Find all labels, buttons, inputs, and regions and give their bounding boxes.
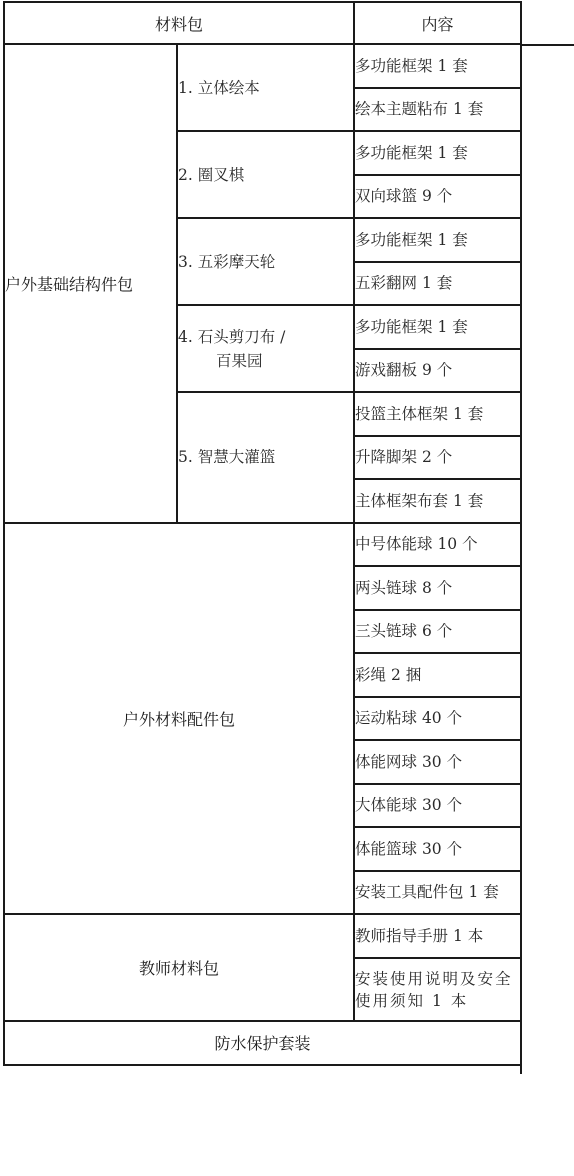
subgroup-3: 3. 五彩摩天轮: [177, 218, 354, 305]
item-cell: 两头链球 8 个: [354, 566, 521, 610]
group-waterproof-kit: 防水保护套装: [4, 1021, 521, 1065]
item-cell: 多功能框架 1 套: [354, 218, 521, 262]
header-content: 内容: [354, 2, 521, 44]
item-cell: 绘本主题粘布 1 套: [354, 88, 521, 132]
item-cell-two-line: 安装使用说明及安全 使用须知 1 本: [354, 958, 521, 1021]
item-line2: 使用须知 1 本: [355, 990, 520, 1012]
item-cell: 多功能框架 1 套: [354, 44, 521, 88]
subgroup-5: 5. 智慧大灌篮: [177, 392, 354, 523]
item-cell: 主体框架布套 1 套: [354, 479, 521, 523]
table-row: 防水保护套装: [4, 1021, 521, 1065]
item-cell: 运动粘球 40 个: [354, 697, 521, 741]
item-cell: 中号体能球 10 个: [354, 523, 521, 567]
item-cell: 三头链球 6 个: [354, 610, 521, 654]
subgroup-4: 4. 石头剪刀布 / 百果园: [177, 305, 354, 392]
divider: [522, 44, 574, 46]
item-cell: 投篮主体框架 1 套: [354, 392, 521, 436]
materials-table: 材料包 内容 户外基础结构件包 1. 立体绘本 多功能框架 1 套 绘本主题粘布…: [3, 1, 522, 1066]
group-outdoor-accessories: 户外材料配件包: [4, 523, 354, 915]
item-cell: 升降脚架 2 个: [354, 436, 521, 480]
item-cell: 多功能框架 1 套: [354, 305, 521, 349]
item-cell: 大体能球 30 个: [354, 784, 521, 828]
subgroup-4-line1: 4. 石头剪刀布 /: [178, 328, 285, 346]
item-cell: 体能篮球 30 个: [354, 827, 521, 871]
table-row: 教师材料包 教师指导手册 1 本: [4, 914, 521, 958]
truncated-adjacent-column: [520, 2, 574, 1074]
group-outdoor-structure: 户外基础结构件包: [4, 44, 177, 523]
item-cell: 双向球篮 9 个: [354, 175, 521, 219]
subgroup-4-line2: 百果园: [178, 349, 353, 373]
subgroup-2: 2. 圈叉棋: [177, 131, 354, 218]
table-row: 户外材料配件包 中号体能球 10 个: [4, 523, 521, 567]
item-cell: 游戏翻板 9 个: [354, 349, 521, 393]
group-teacher-materials: 教师材料包: [4, 914, 354, 1021]
header-row: 材料包 内容: [4, 2, 521, 44]
materials-table-wrapper: 材料包 内容 户外基础结构件包 1. 立体绘本 多功能框架 1 套 绘本主题粘布…: [3, 1, 522, 1066]
item-cell: 彩绳 2 捆: [354, 653, 521, 697]
subgroup-1: 1. 立体绘本: [177, 44, 354, 131]
header-package: 材料包: [4, 2, 354, 44]
item-line1: 安装使用说明及安全: [355, 968, 520, 990]
item-cell: 安装工具配件包 1 套: [354, 871, 521, 915]
item-cell: 体能网球 30 个: [354, 740, 521, 784]
table-row: 户外基础结构件包 1. 立体绘本 多功能框架 1 套: [4, 44, 521, 88]
item-cell: 教师指导手册 1 本: [354, 914, 521, 958]
item-cell: 多功能框架 1 套: [354, 131, 521, 175]
item-cell: 五彩翻网 1 套: [354, 262, 521, 306]
